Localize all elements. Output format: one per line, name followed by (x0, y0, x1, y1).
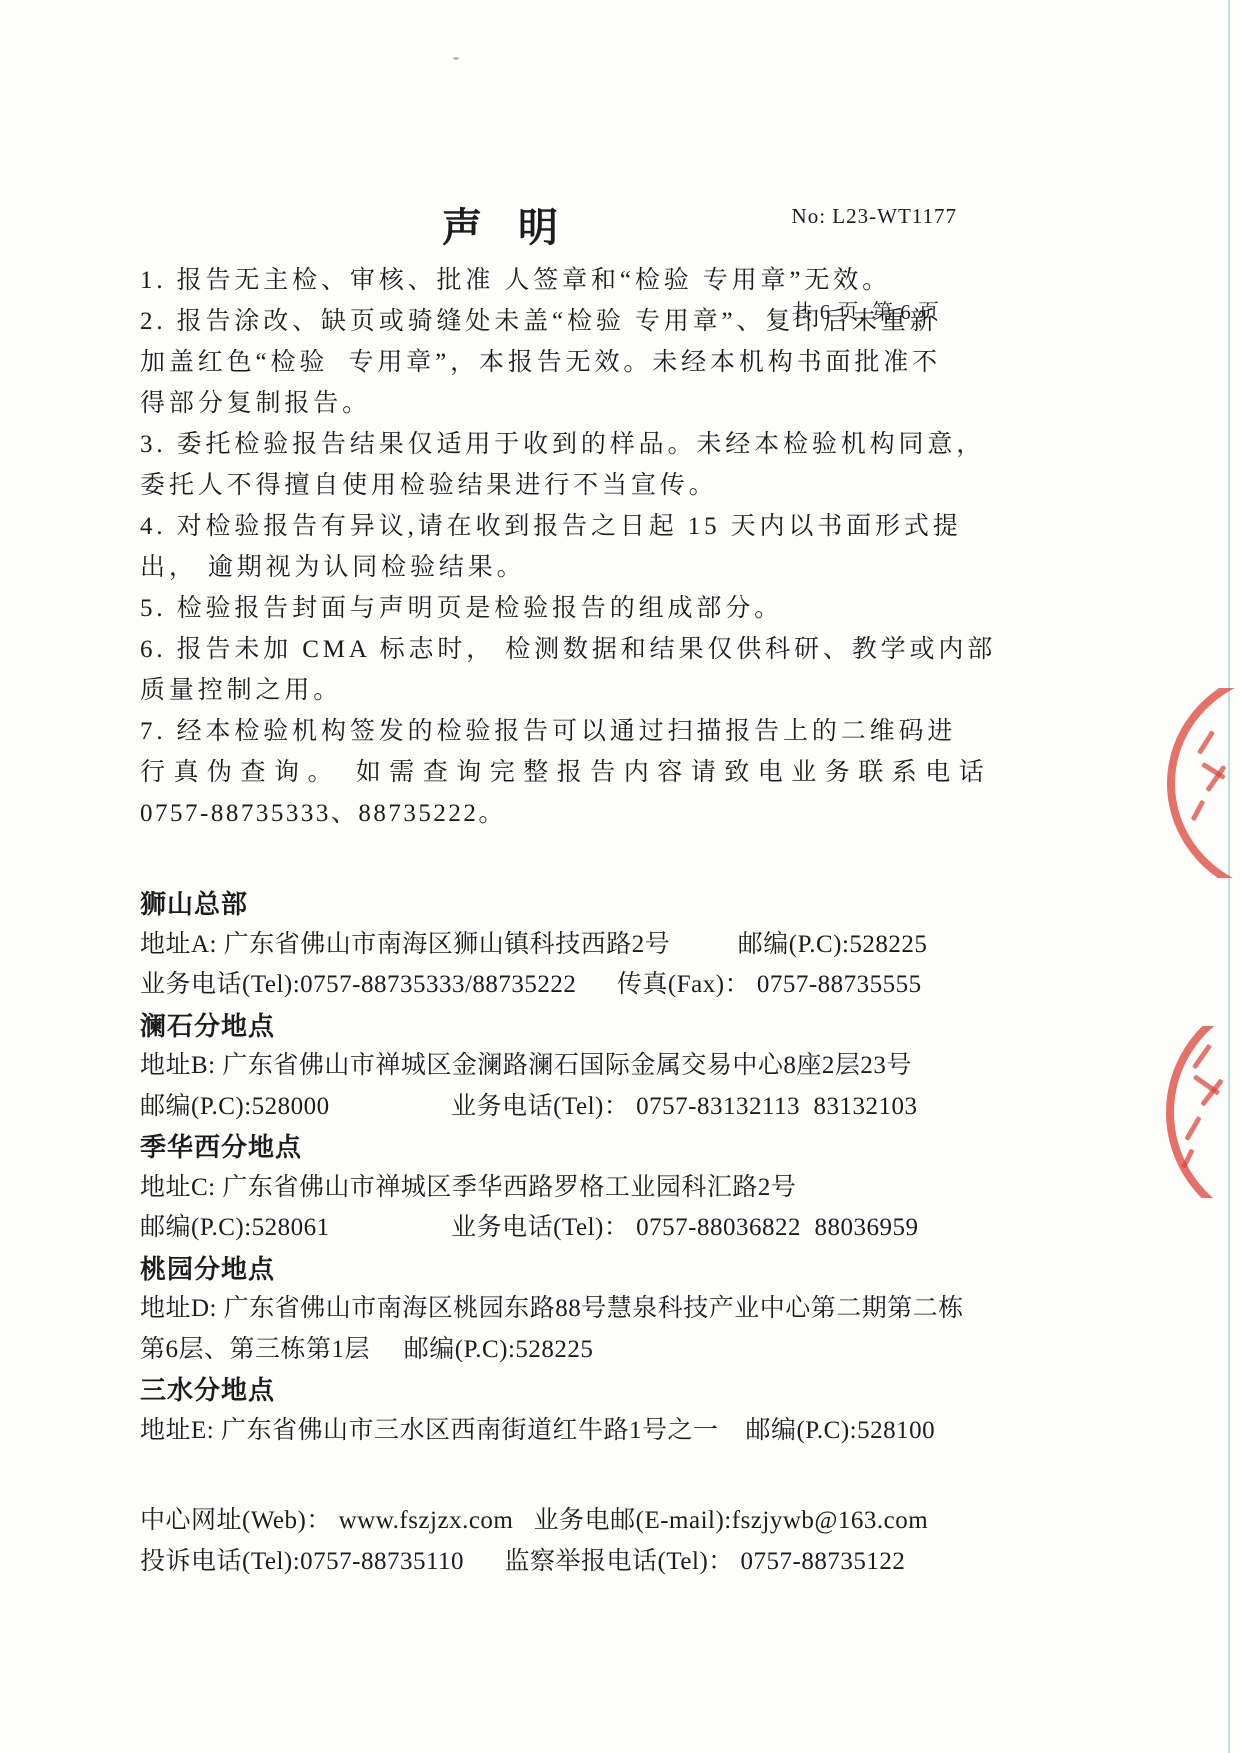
declaration-line: 加盖红色“检验 专用章”，本报告无效。未经本机构书面批准不 (140, 342, 1070, 383)
red-seal-partial-lower-icon (1118, 1026, 1240, 1198)
location-shishan-hq: 狮山总部 地址A: 广东省佛山市南海区狮山镇科技西路2号 邮编(P.C):528… (140, 884, 1100, 1006)
location-name: 狮山总部 (140, 884, 1100, 925)
location-address: 地址C: 广东省佛山市禅城区季华西路罗格工业园科汇路2号 (140, 1168, 1100, 1209)
declaration-line: 行真伪查询。 如需查询完整报告内容请致电业务联系电话 (140, 752, 1070, 793)
declaration-line: 7. 经本检验机构签发的检验报告可以通过扫描报告上的二维码进 (140, 711, 1070, 752)
declaration-line: 委托人不得擅自使用检验结果进行不当宣传。 (140, 465, 1070, 506)
location-lanshi-branch: 澜石分地点 地址B: 广东省佛山市禅城区金澜路澜石国际金属交易中心8座2层23号… (140, 1006, 1100, 1128)
location-address: 地址A: 广东省佛山市南海区狮山镇科技西路2号 邮编(P.C):528225 (140, 925, 1100, 966)
location-address: 地址E: 广东省佛山市三水区西南街道红牛路1号之一 邮编(P.C):528100 (140, 1411, 1100, 1452)
declaration-line: 得部分复制报告。 (140, 383, 1070, 424)
declaration-line: 0757-88735333、88735222。 (140, 793, 1070, 834)
declaration-line: 5. 检验报告封面与声明页是检验报告的组成部分。 (140, 588, 1070, 629)
location-address: 地址D: 广东省佛山市南海区桃园东路88号慧泉科技产业中心第二期第二栋 (140, 1289, 1100, 1330)
declaration-line: 2. 报告涂改、缺页或骑缝处未盖“检验 专用章”、复印后未重新 (140, 301, 1070, 342)
declaration-line: 4. 对检验报告有异议,请在收到报告之日起 15 天内以书面形式提 (140, 506, 1070, 547)
location-address: 第6层、第三栋第1层 邮编(P.C):528225 (140, 1330, 1100, 1371)
statement-page: No: L23-WT1177 共 6 页, 第 6 页 声明 1. 报告无主检、… (0, 0, 1240, 1753)
location-phone: 邮编(P.C):528061 业务电话(Tel)： 0757-88036822 … (140, 1208, 1100, 1249)
declaration-list: 1. 报告无主检、审核、批准 人签章和“检验 专用章”无效。 2. 报告涂改、缺… (140, 260, 1070, 834)
location-phone: 邮编(P.C):528000 业务电话(Tel)： 0757-83132113 … (140, 1087, 1100, 1128)
complaint-phone-line: 投诉电话(Tel):0757-88735110 监察举报电话(Tel)： 075… (140, 1541, 1120, 1582)
scan-speck (453, 57, 459, 60)
location-phone: 业务电话(Tel):0757-88735333/88735222 传真(Fax)… (140, 965, 1100, 1006)
page-title: 声明 (0, 196, 1000, 253)
location-name: 季华西分地点 (140, 1127, 1100, 1168)
location-sanshui-branch: 三水分地点 地址E: 广东省佛山市三水区西南街道红牛路1号之一 邮编(P.C):… (140, 1370, 1100, 1451)
location-name: 三水分地点 (140, 1370, 1100, 1411)
scan-edge-line (1228, 0, 1230, 1753)
location-address: 地址B: 广东省佛山市禅城区金澜路澜石国际金属交易中心8座2层23号 (140, 1046, 1100, 1087)
red-seal-partial-upper-icon (1115, 688, 1240, 878)
location-jihuaxi-branch: 季华西分地点 地址C: 广东省佛山市禅城区季华西路罗格工业园科汇路2号 邮编(P… (140, 1127, 1100, 1249)
declaration-line: 6. 报告未加 CMA 标志时， 检测数据和结果仅供科研、教学或内部 (140, 629, 1070, 670)
declaration-line: 出， 逾期视为认同检验结果。 (140, 547, 1070, 588)
web-email-line: 中心网址(Web)： www.fszjzx.com 业务电邮(E-mail):f… (140, 1500, 1120, 1541)
declaration-line: 3. 委托检验报告结果仅适用于收到的样品。未经本检验机构同意， (140, 424, 1070, 465)
declaration-line: 1. 报告无主检、审核、批准 人签章和“检验 专用章”无效。 (140, 260, 1070, 301)
declaration-line: 质量控制之用。 (140, 670, 1070, 711)
location-list: 狮山总部 地址A: 广东省佛山市南海区狮山镇科技西路2号 邮编(P.C):528… (140, 884, 1100, 1451)
contact-footer: 中心网址(Web)： www.fszjzx.com 业务电邮(E-mail):f… (140, 1500, 1120, 1582)
location-name: 澜石分地点 (140, 1006, 1100, 1047)
location-name: 桃园分地点 (140, 1249, 1100, 1290)
location-taoyuan-branch: 桃园分地点 地址D: 广东省佛山市南海区桃园东路88号慧泉科技产业中心第二期第二… (140, 1249, 1100, 1371)
